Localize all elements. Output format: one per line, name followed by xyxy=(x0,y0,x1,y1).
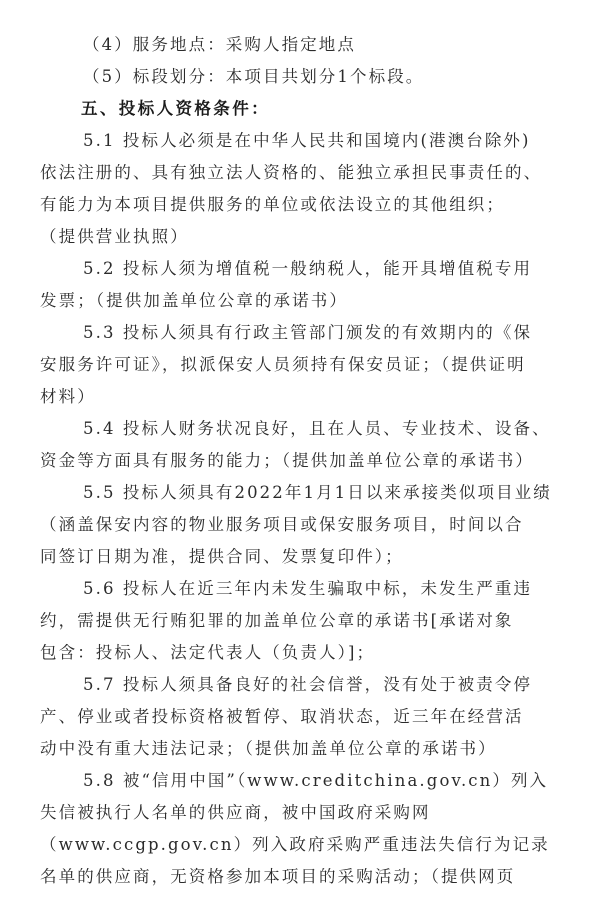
clause-5-7: 5.7 投标人须具备良好的社会信誉，没有处于被责令停 产、停业或者投标资格被暂停… xyxy=(40,669,576,765)
clause-line: 依法注册的、具有独立法人资格的、能独立承担民事责任的、 xyxy=(40,157,576,189)
clause-5-2: 5.2 投标人须为增值税一般纳税人，能开具增值税专用 发票；（提供加盖单位公章的… xyxy=(40,253,576,317)
document-page: （4）服务地点：采购人指定地点 （5）标段划分：本项目共划分1个标段。 五、投标… xyxy=(40,29,576,893)
clause-5-8: 5.8 被“信用中国”（www.creditchina.gov.cn）列入 失信… xyxy=(40,765,576,893)
clause-5-5: 5.5 投标人须具有2022年1月1日以来承接类似项目业绩 （涵盖保安内容的物业… xyxy=(40,477,576,573)
item-service-location: （4）服务地点：采购人指定地点 xyxy=(40,29,576,61)
clause-line: 5.7 投标人须具备良好的社会信誉，没有处于被责令停 xyxy=(40,669,576,701)
clause-line: 有能力为本项目提供服务的单位或依法设立的其他组织； xyxy=(40,189,576,221)
clause-line: 5.8 被“信用中国”（www.creditchina.gov.cn）列入 xyxy=(40,765,576,797)
clause-line: 动中没有重大违法记录；（提供加盖单位公章的承诺书） xyxy=(40,733,576,765)
item-lot-division: （5）标段划分：本项目共划分1个标段。 xyxy=(40,61,576,93)
clause-5-3: 5.3 投标人须具有行政主管部门颁发的有效期内的《保 安服务许可证》，拟派保安人… xyxy=(40,317,576,413)
clause-line: 5.3 投标人须具有行政主管部门颁发的有效期内的《保 xyxy=(40,317,576,349)
clause-line: 发票；（提供加盖单位公章的承诺书） xyxy=(40,285,576,317)
clause-line: 包含：投标人、法定代表人（负责人）]； xyxy=(40,637,576,669)
clause-line: （提供营业执照） xyxy=(40,221,576,253)
clause-line: 安服务许可证》，拟派保安人员须持有保安员证；（提供证明 xyxy=(40,349,576,381)
clause-line: 5.5 投标人须具有2022年1月1日以来承接类似项目业绩 xyxy=(40,477,576,509)
clause-line: 5.4 投标人财务状况良好，且在人员、专业技术、设备、 xyxy=(40,413,576,445)
clause-line: 5.6 投标人在近三年内未发生骗取中标，未发生严重违 xyxy=(40,573,576,605)
clause-5-6: 5.6 投标人在近三年内未发生骗取中标，未发生严重违 约，需提供无行贿犯罪的加盖… xyxy=(40,573,576,669)
clause-line: 产、停业或者投标资格被暂停、取消状态，近三年在经营活 xyxy=(40,701,576,733)
section-heading: 五、投标人资格条件： xyxy=(40,93,576,125)
clause-line: 同签订日期为准，提供合同、发票复印件）； xyxy=(40,541,576,573)
clause-line: 材料） xyxy=(40,381,576,413)
clause-line: （www.ccgp.gov.cn）列入政府采购严重违法失信行为记录 xyxy=(40,829,576,861)
clause-line: 5.1 投标人必须是在中华人民共和国境内(港澳台除外) xyxy=(40,125,576,157)
clause-line: 约，需提供无行贿犯罪的加盖单位公章的承诺书[承诺对象 xyxy=(40,605,576,637)
clause-line: 资金等方面具有服务的能力；（提供加盖单位公章的承诺书） xyxy=(40,445,576,477)
clause-line: 失信被执行人名单的供应商，被中国政府采购网 xyxy=(40,797,576,829)
clause-line: （涵盖保安内容的物业服务项目或保安服务项目，时间以合 xyxy=(40,509,576,541)
clause-5-4: 5.4 投标人财务状况良好，且在人员、专业技术、设备、 资金等方面具有服务的能力… xyxy=(40,413,576,477)
clause-line: 名单的供应商，无资格参加本项目的采购活动；（提供网页 xyxy=(40,861,576,893)
clause-5-1: 5.1 投标人必须是在中华人民共和国境内(港澳台除外) 依法注册的、具有独立法人… xyxy=(40,125,576,253)
clause-line: 5.2 投标人须为增值税一般纳税人，能开具增值税专用 xyxy=(40,253,576,285)
